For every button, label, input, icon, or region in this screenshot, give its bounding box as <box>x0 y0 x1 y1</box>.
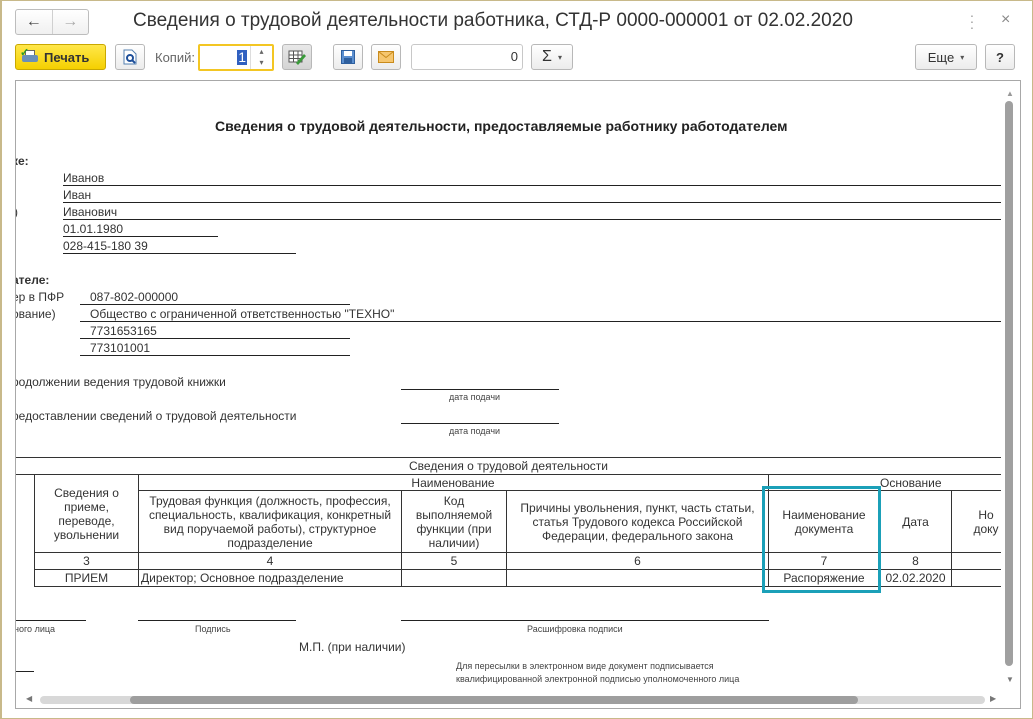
scroll-up-icon[interactable]: ▲ <box>1006 89 1014 98</box>
sigma-icon: Σ <box>542 48 552 66</box>
print-button[interactable]: ✓ Печать <box>15 44 106 70</box>
window-frame: ← → Сведения о трудовой деятельности раб… <box>0 0 1033 719</box>
sum-button[interactable]: Σ ▾ <box>531 44 573 70</box>
middle-name-label: ) <box>16 205 18 219</box>
edit-table-button[interactable] <box>282 44 312 70</box>
highlight-frame <box>762 486 881 593</box>
help-icon: ? <box>996 50 1004 65</box>
send-email-button[interactable] <box>371 44 401 70</box>
preview-icon <box>123 49 137 65</box>
document-title: Сведения о трудовой деятельности, предос… <box>215 118 788 134</box>
employee-birth-date: 01.01.1980 <box>63 222 123 236</box>
employee-snils: 028-415-180 39 <box>63 239 148 253</box>
scroll-down-icon[interactable]: ▼ <box>1006 675 1014 684</box>
vertical-scrollbar[interactable]: ▲ ▼ <box>1001 81 1020 691</box>
forward-button[interactable]: → <box>52 10 89 34</box>
copies-value: 1 <box>237 50 247 65</box>
col-number: 5 <box>402 553 506 569</box>
header-date: Дата <box>880 491 951 552</box>
table-edit-icon <box>288 49 306 65</box>
vertical-scroll-thumb[interactable] <box>1005 101 1013 666</box>
row-function: Директор; Основное подразделение <box>141 570 401 586</box>
row-code <box>402 570 506 586</box>
header-reason: Причины увольнения, пункт, часть статьи,… <box>507 491 768 552</box>
stamp-label: М.П. (при наличии) <box>299 640 406 654</box>
note-line-2: квалифицированной электронной подписью у… <box>456 674 739 684</box>
row-reason <box>507 570 768 586</box>
decoding-caption: Расшифровка подписи <box>527 624 623 634</box>
employee-section-label: ке: <box>16 154 29 168</box>
statement-2-text: редоставлении сведений о трудовой деятел… <box>16 409 296 423</box>
col-number: 6 <box>507 553 768 569</box>
statement-2-caption: дата подачи <box>449 426 500 436</box>
employee-middle-name: Иванович <box>63 205 117 219</box>
col-number: 8 <box>880 553 951 569</box>
spin-up-icon[interactable]: ▴ <box>251 46 272 57</box>
row-doc-number <box>952 570 1001 586</box>
more-actions-icon[interactable]: ··· <box>969 12 975 30</box>
save-icon <box>341 50 355 64</box>
header-event: Сведения о приеме, переводе, увольнении <box>35 475 138 552</box>
signature-caption: Подпись <box>195 624 231 634</box>
document-page: Сведения о трудовой деятельности, предос… <box>16 81 1001 691</box>
employer-pfr-number: 087-802-000000 <box>90 290 178 304</box>
printer-icon: ✓ <box>22 50 38 64</box>
employee-last-name: Иванов <box>63 171 104 185</box>
copies-stepper[interactable]: ▴ ▾ <box>250 46 272 69</box>
scroll-right-icon[interactable]: ▶ <box>990 694 996 703</box>
navigation-buttons: ← → <box>15 9 89 35</box>
document-viewer[interactable]: Сведения о трудовой деятельности, предос… <box>15 80 1021 709</box>
help-button[interactable]: ? <box>985 44 1015 70</box>
more-button[interactable]: Еще ▾ <box>915 44 977 70</box>
horizontal-scroll-thumb[interactable] <box>130 696 858 704</box>
row-date: 02.02.2020 <box>880 570 951 586</box>
statement-1-caption: дата подачи <box>449 392 500 402</box>
employer-section-label: ателе: <box>16 273 49 287</box>
header-doc-number: Но доку <box>952 491 1001 552</box>
employer-inn: 7731653165 <box>90 324 157 338</box>
pfr-label: ер в ПФР <box>16 290 64 304</box>
table-group-name: Наименование <box>138 475 768 490</box>
row-event: ПРИЕМ <box>35 570 138 586</box>
arrow-left-icon: ← <box>26 13 42 31</box>
back-button[interactable]: ← <box>16 10 52 34</box>
sum-field[interactable]: 0 <box>411 44 523 70</box>
arrow-right-icon: → <box>62 13 78 31</box>
col-number: 4 <box>139 553 401 569</box>
statement-1-text: родолжении ведения трудовой книжки <box>16 375 226 389</box>
table-title: Сведения о трудовой деятельности <box>16 458 1001 474</box>
position-caption: ного лица <box>16 624 55 634</box>
employer-name-label: ование) <box>16 307 56 321</box>
horizontal-scrollbar[interactable]: ◀ ▶ <box>16 691 1001 709</box>
preview-button[interactable] <box>115 44 145 70</box>
spin-down-icon[interactable]: ▾ <box>251 57 272 68</box>
copies-input[interactable]: 1 ▴ ▾ <box>198 44 274 71</box>
col-number: 3 <box>35 553 138 569</box>
header-code: Код выполняемой функции (при наличии) <box>402 491 506 552</box>
envelope-icon <box>378 51 394 63</box>
window-title: Сведения о трудовой деятельности работни… <box>133 10 853 32</box>
employer-name: Общество с ограниченной ответственностью… <box>90 307 394 321</box>
note-line-1: Для пересылки в электронном виде докумен… <box>456 661 714 671</box>
save-button[interactable] <box>333 44 363 70</box>
print-button-label: Печать <box>44 50 89 65</box>
chevron-down-icon: ▾ <box>960 53 964 62</box>
copies-label: Копий: <box>155 50 195 65</box>
close-icon[interactable]: × <box>1001 11 1010 29</box>
more-button-label: Еще <box>928 50 954 65</box>
scroll-left-icon[interactable]: ◀ <box>26 694 32 703</box>
employee-first-name: Иван <box>63 188 91 202</box>
employer-kpp: 773101001 <box>90 341 150 355</box>
chevron-down-icon: ▾ <box>558 53 562 62</box>
header-function: Трудовая функция (должность, профессия, … <box>139 491 401 552</box>
